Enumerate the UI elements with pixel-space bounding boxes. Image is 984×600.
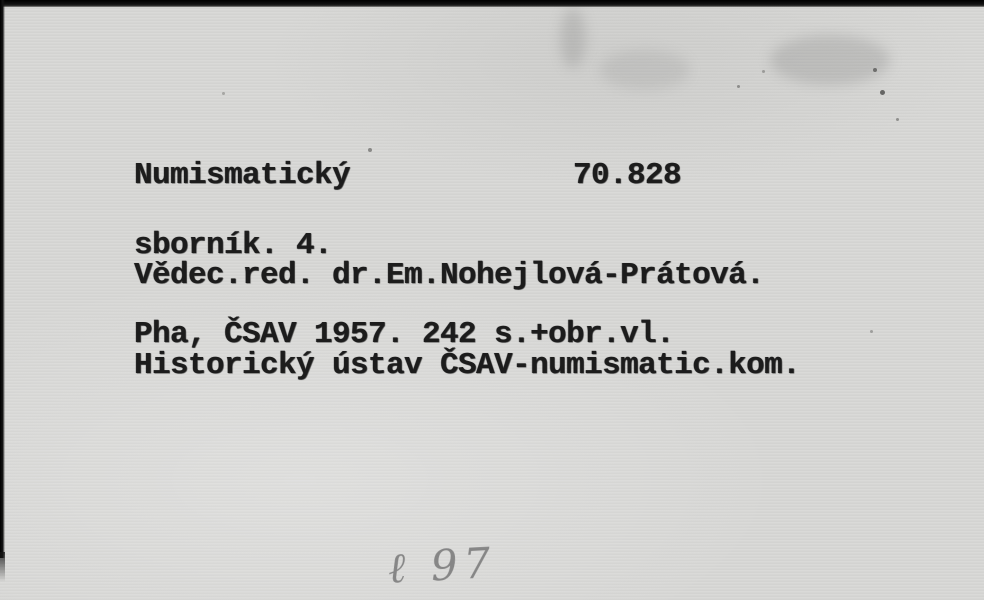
call-number: 70.828: [573, 158, 681, 193]
scan-speckle: [896, 118, 899, 121]
scan-smudge: [770, 35, 890, 85]
scan-left-edge-fade: [0, 552, 5, 582]
scan-speckle: [870, 330, 873, 333]
scan-smudge: [600, 50, 690, 90]
scan-top-edge: [0, 0, 984, 7]
scan-speckle: [222, 92, 225, 95]
editor-line: Vědec.red. dr.Em.Nohejlová-Prátová.: [134, 258, 764, 293]
scan-speckle: [762, 70, 765, 73]
card-heading: Numismatický: [134, 158, 350, 193]
scan-speckle: [880, 90, 885, 95]
imprint-line: Pha, ČSAV 1957. 242 s.+obr.vl.: [134, 317, 674, 352]
corporate-author-line: Historický ústav ČSAV-numismatic.kom.: [134, 348, 800, 383]
scan-smudge: [560, 8, 586, 68]
scan-speckle: [873, 68, 877, 72]
scan-speckle: [368, 148, 372, 152]
catalog-card-scan: Numismatický 70.828 sborník. 4. Vědec.re…: [0, 0, 984, 600]
scan-left-edge: [0, 0, 5, 558]
scan-speckle: [737, 85, 740, 88]
handwritten-note: ℓ 97: [387, 538, 498, 594]
